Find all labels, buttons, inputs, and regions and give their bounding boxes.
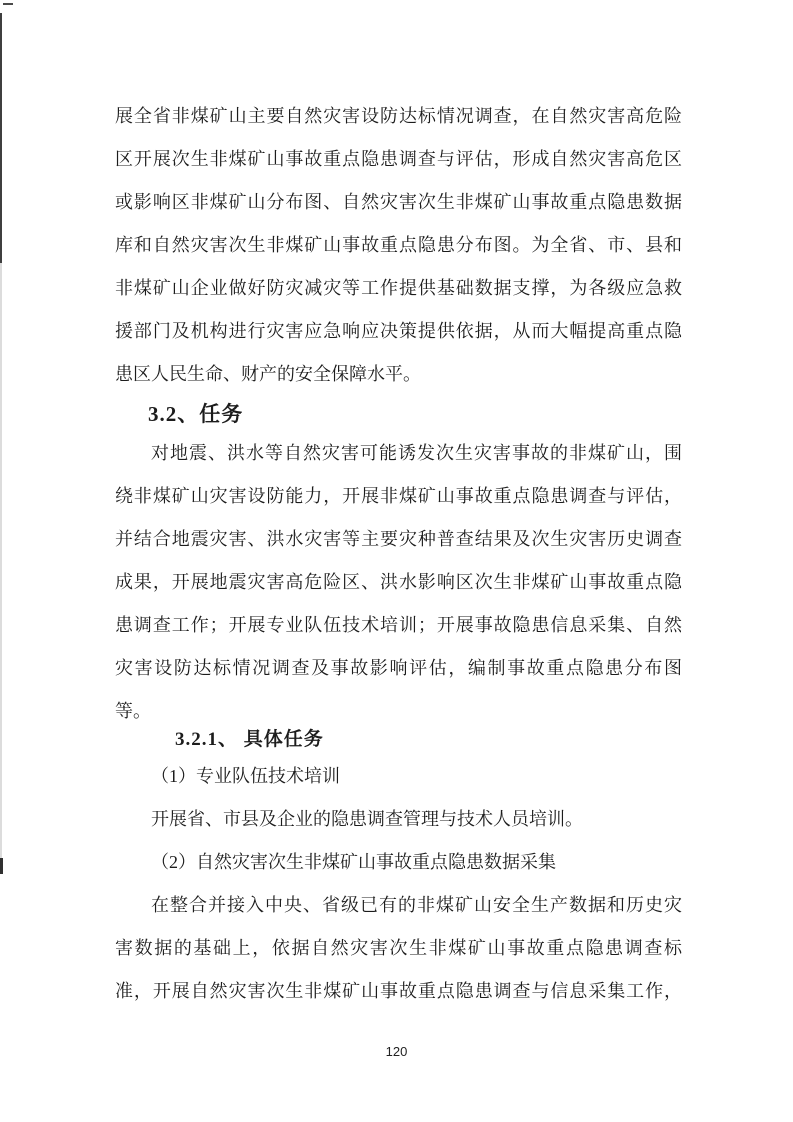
paragraph-line: 对地震、洪水等自然灾害可能诱发次生灾害事故的非煤矿山，围: [115, 432, 682, 475]
paragraph-line: 害数据的基础上，依据自然灾害次生非煤矿山事故重点隐患调查标: [115, 927, 682, 970]
section-heading: 3.2、任务: [115, 396, 682, 432]
paragraph-line: 非煤矿山企业做好防灾减灾等工作提供基础数据支撑，为各级应急救: [115, 267, 682, 310]
page-number: 120: [0, 1044, 793, 1059]
scan-edge-tick: [3, 3, 13, 5]
paragraph-line: 援部门及机构进行灾害应急响应决策提供依据，从而大幅提高重点隐: [115, 310, 682, 353]
scan-edge-line-bottom: [0, 858, 3, 874]
paragraph-line: 在整合并接入中央、省级已有的非煤矿山安全生产数据和历史灾: [115, 884, 682, 927]
paragraph-line: 准，开展自然灾害次生非煤矿山事故重点隐患调查与信息采集工作，: [115, 970, 682, 1013]
paragraph-line: 绕非煤矿山灾害设防能力，开展非煤矿山事故重点隐患调查与评估，: [115, 475, 682, 518]
paragraph-line: 并结合地震灾害、洪水灾害等主要灾种普查结果及次生灾害历史调查: [115, 518, 682, 561]
list-item-heading: （1）专业队伍技术培训: [115, 755, 682, 798]
paragraph-line: 展全省非煤矿山主要自然灾害设防达标情况调查，在自然灾害高危险: [115, 95, 682, 138]
paragraph-line: 库和自然灾害次生非煤矿山事故重点隐患分布图。为全省、市、县和: [115, 224, 682, 267]
paragraph-line: 患调查工作；开展专业队伍技术培训；开展事故隐患信息采集、自然: [115, 604, 682, 647]
document-body: 展全省非煤矿山主要自然灾害设防达标情况调查，在自然灾害高危险 区开展次生非煤矿山…: [115, 95, 682, 1013]
list-item-heading: （2）自然灾害次生非煤矿山事故重点隐患数据采集: [115, 841, 682, 884]
paragraph-line: 患区人民生命、财产的安全保障水平。: [115, 353, 682, 396]
scan-edge-line-top: [0, 13, 2, 263]
paragraph-line: 开展省、市县及企业的隐患调查管理与技术人员培训。: [115, 798, 682, 841]
scan-edge-line-middle: [0, 263, 2, 858]
paragraph-line: 或影响区非煤矿山分布图、自然灾害次生非煤矿山事故重点隐患数据: [115, 181, 682, 224]
paragraph-line: 灾害设防达标情况调查及事故影响评估，编制事故重点隐患分布图: [115, 647, 682, 690]
document-page: 展全省非煤矿山主要自然灾害设防达标情况调查，在自然灾害高危险 区开展次生非煤矿山…: [0, 0, 793, 1122]
paragraph-line: 区开展次生非煤矿山事故重点隐患调查与评估，形成自然灾害高危区: [115, 138, 682, 181]
paragraph-line: 成果，开展地震灾害高危险区、洪水影响区次生非煤矿山事故重点隐: [115, 561, 682, 604]
subsection-heading: 3.2.1、 具体任务: [115, 725, 682, 755]
